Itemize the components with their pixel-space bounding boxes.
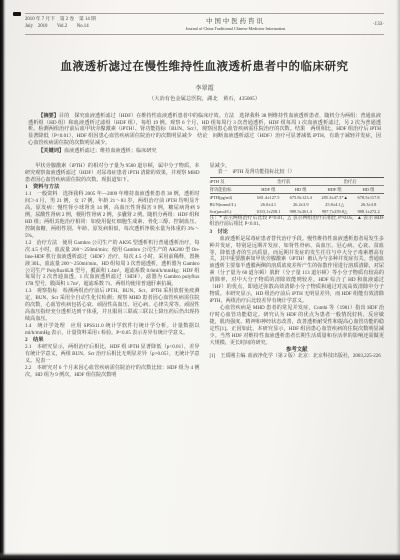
paragraph-result-2: 2.2 本研究对 6 个月来因心血管疾病需住院治疗的次数比较：HDF 组为 4 … [25,365,200,379]
table-note: 注：* 表示两组治疗后比较 P<0.01，△ 表示两组治疗后相比 P>0.05，… [210,216,385,229]
keywords-label: 【关键词】 [38,148,64,154]
discussion-paragraph-2: 心血管疾病是 MHD 患者的常见并发症，Combi 等（1981）指出 HDF … [210,305,385,347]
article-title: 血液透析滤过在慢性维持性血液透析患者中的临床研究 [25,58,384,74]
table-cell: 987.7±259.8△ [316,208,353,215]
issue-info: 2010 年 7 月下 第 2 卷 第 14 期 July 2010 Vol.2… [25,17,119,30]
paragraph-statistics: 1.4 统计学处理 应用 SPSS11.0 统计学软件行统计学分析。计量数据以 … [25,323,200,337]
right-column: 显减少。 表一 iPTH 及肾功能指标比较（） iPTH 及 治疗前 治疗后 肾… [210,163,385,379]
page-content: 2010 年 7 月下 第 2 卷 第 14 期 July 2010 Vol.2… [25,13,384,379]
scan-edge-left [0,0,6,560]
paragraph-treatment-method: 1.2 治疗方法 使用 Gambro 公司生产的 AK95 型透析机行普通透析治… [25,240,200,289]
table-cell: 26.3±3.8 [353,201,384,208]
table-cell: 26.0±4.1 [251,201,285,208]
table-cell: 681.4±127.5 [251,194,285,201]
table-header-group-row: iPTH 及 治疗前 治疗后 [210,178,385,186]
table-header-label-line1: iPTH 及 [210,178,252,186]
table-cell-label: iPTH(pg/ml) [210,194,252,201]
author-name: 李翠霞 [25,83,384,92]
scan-edge-right [396,0,400,560]
scanned-paper-page: 2010 年 7 月下 第 2 卷 第 14 期 July 2010 Vol.2… [0,0,400,560]
results-table: iPTH 及 治疗前 治疗后 肾功能指标 HDF 组 HD 组 HDF 组 HD… [210,177,385,216]
intro-paragraph: 甲状旁腺激素（iPTH）的相对分子量为 9500 道尔顿，属中分子物质，本研究观… [25,163,200,184]
journal-title-block: 中国中医药咨讯 Journal of China Traditional Chi… [119,16,352,31]
journal-title-en: Journal of China Traditional Chinese Med… [119,26,352,31]
section-heading-results: 2 结果 [25,337,200,344]
issue-info-en: July 2010 Vol.2 No.14 [25,24,119,30]
table-header-post-treatment: 治疗后 [316,178,384,186]
table-cell: 285.3±47.3*▲ [316,194,353,201]
reference-item: [1] 王质刚主编. 血液净化学（第 2 版）北京：北京科技出版社，2003,2… [210,354,385,361]
table-cell-label: BUN(mmol/L) [210,201,252,208]
table-cell: 25.8±4.1△ [316,201,353,208]
table-cell-label: Scr(μmol/L) [210,208,252,215]
journal-header: 2010 年 7 月下 第 2 卷 第 14 期 July 2010 Vol.2… [25,13,384,35]
journal-title-cn: 中国中医药咨讯 [119,16,352,25]
table-header-sub-row: 肾功能指标 HDF 组 HD 组 HDF 组 HD 组 [210,186,385,194]
table-header-label-line2: 肾功能指标 [210,186,252,194]
discussion-paragraph-1: 血液透析是尿毒症患者替代治疗手段。慢性维持性血液透析患者易发生多种并发症，特别是… [210,236,385,306]
paragraph-result-1: 2.1 本研究显示，两组治疗后相比，HDF 组 iPTH 显著降低（p<0.01… [25,344,200,365]
section-heading-methods: 1 资料与方法 [25,184,200,191]
keywords-line: 【关键词】血液透析滤过；维持血液透析；临床研究 [28,148,381,155]
table-cell: 675.8±123.4 [285,194,316,201]
table-subheader-hdf-pre: HDF 组 [251,186,285,194]
table-row-bun: BUN(mmol/L) 26.0±4.1 26.2±3.9 25.8±4.1△ … [210,201,385,208]
table-subheader-hd-pre: HD 组 [285,186,316,194]
scan-edge-bottom [0,552,400,560]
abstract-text: 目的 探究血液透析滤过（HDF）在维持性血液透析患者中的临床疗效。方法 选择我科… [28,113,381,146]
abstract-paragraph: 【摘要】目的 探究血液透析滤过（HDF）在维持性血液透析患者中的临床疗效。方法 … [28,113,381,147]
table-cell: 1033.1±258.1 [251,208,285,215]
table-header-pre-treatment: 治疗前 [251,178,316,186]
paragraph-observed-indicators: 1.3 观察指标 检测两组治疗前后 iPTH、BUN、Scr，iPTH 采用放射… [25,288,200,323]
references-heading: 参考文献 [210,347,385,354]
table-subheader-hd-post: HD 组 [353,186,384,194]
left-column: 甲状旁腺激素（iPTH）的相对分子量为 9500 道尔顿，属中分子物质，本研究观… [25,163,200,379]
table-cell: 678.5±117.8 [353,194,384,201]
table-subheader-hdf-post: HDF 组 [316,186,353,194]
table-caption: 表一 iPTH 及肾功能指标比较（） [210,170,385,177]
page-number: ·133· [352,21,384,27]
abstract-label: 【摘要】 [38,113,59,119]
author-affiliation: （大冶有色金属总医院，湖北 黄石，435005） [25,94,384,102]
section-heading-discussion: 3 讨论 [210,229,385,236]
two-column-body: 甲状旁腺激素（iPTH）的相对分子量为 9500 道尔顿，属中分子物质，本研究观… [25,163,384,379]
table-row-ipth: iPTH(pg/ml) 681.4±127.5 675.8±123.4 285.… [210,194,385,201]
table-cell: 988.1±272.2 [353,208,384,215]
table-cell: 989.5±261.4 [285,208,316,215]
table-cell: 26.2±3.9 [285,201,316,208]
table-row-scr: Scr(μmol/L) 1033.1±258.1 989.5±261.4 987… [210,208,385,215]
paragraph-general-data: 1.1 一般资料 选择我科 2005 年—2009 年维持血液透析患者 38 例… [25,191,200,240]
scan-speck [13,12,21,16]
keywords-text: 血液透析滤过；维持血液透析；临床研究 [64,148,157,154]
